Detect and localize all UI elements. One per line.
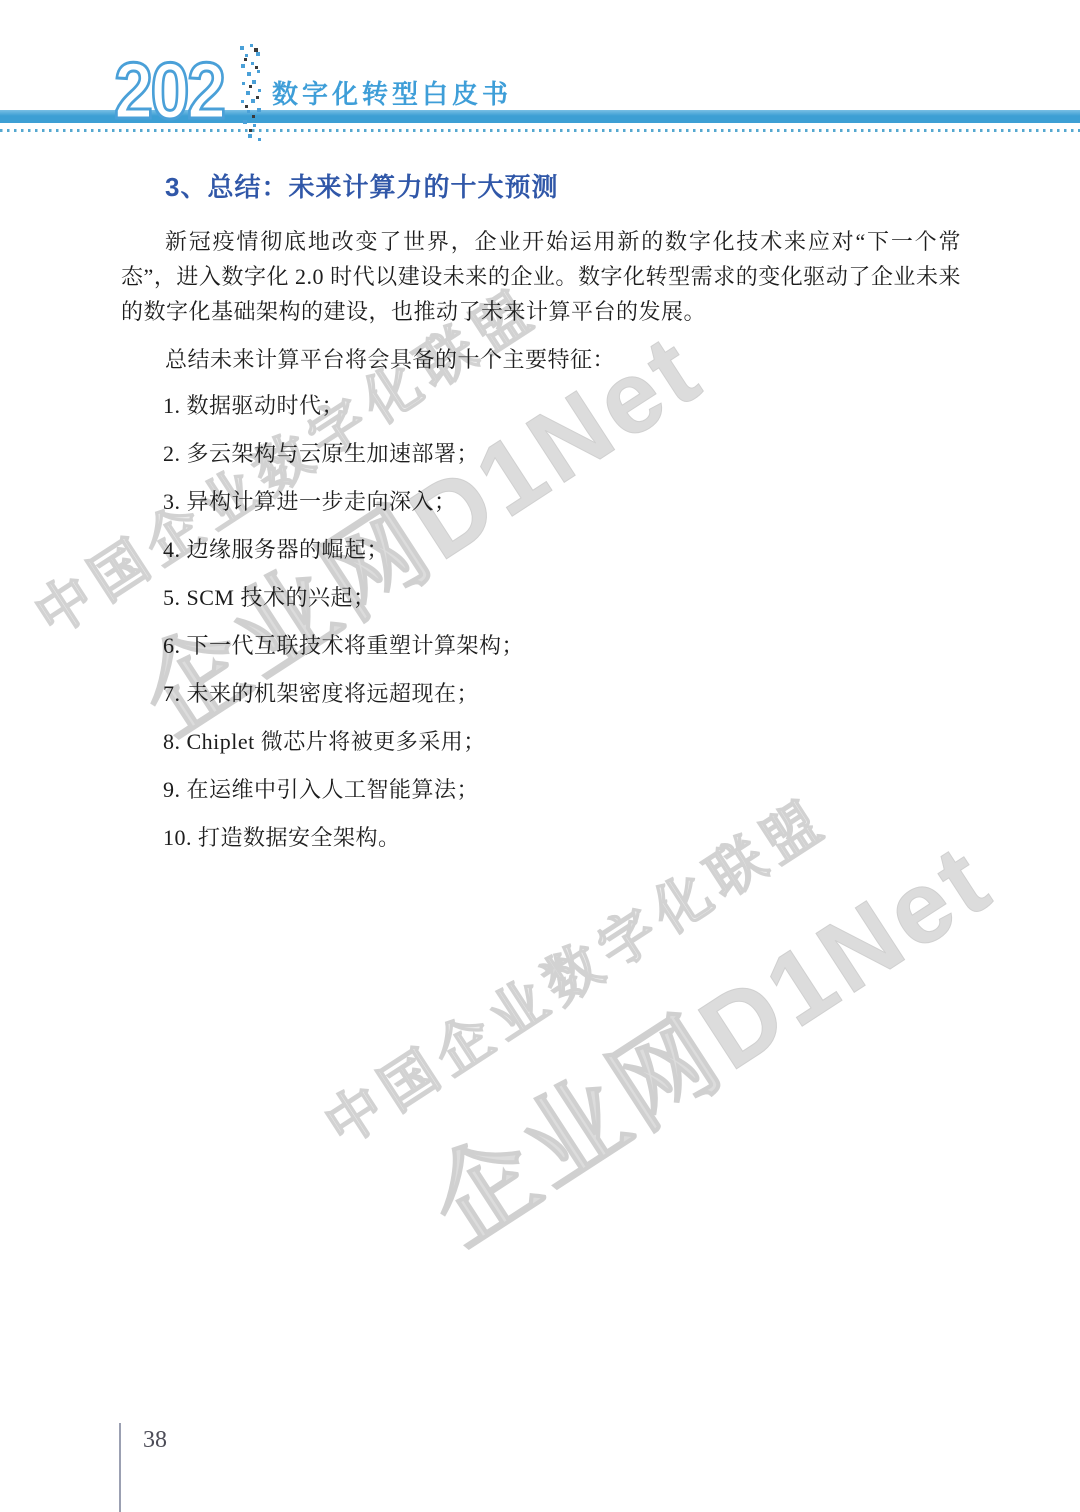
list-item: 4. 边缘服务器的崛起； [163, 535, 961, 565]
list-item: 8. Chiplet 微芯片将被更多采用； [163, 727, 961, 757]
page-content: 3、总结：未来计算力的十大预测 新冠疫情彻底地改变了世界，企业开始运用新的数字化… [121, 171, 961, 871]
pixel-digit-one-icon [236, 44, 266, 149]
watermark-d1net-logo: 企业网D1Net [398, 801, 1015, 1272]
logo-2021: 202 [114, 44, 266, 127]
document-page: 中国企业数字化联盟 企业网D1Net 中国企业数字化联盟 企业网D1Net 20… [0, 0, 1080, 1512]
list-item: 6. 下一代互联技术将重塑计算架构； [163, 631, 961, 661]
section-heading: 3、总结：未来计算力的十大预测 [165, 171, 961, 203]
list-item: 10. 打造数据安全架构。 [163, 823, 961, 853]
body-paragraph: 新冠疫情彻底地改变了世界，企业开始运用新的数字化技术来应对“下一个常态”，进入数… [121, 224, 961, 329]
logo-year-outline-digits: 202 [114, 55, 224, 127]
page-number: 38 [143, 1427, 167, 1454]
list-item: 1. 数据驱动时代； [163, 391, 961, 421]
whitepaper-title: 数字化转型白皮书 [272, 74, 512, 111]
list-item: 9. 在运维中引入人工智能算法； [163, 775, 961, 805]
list-item: 3. 异构计算进一步走向深入； [163, 487, 961, 517]
prediction-list: 1. 数据驱动时代； 2. 多云架构与云原生加速部署； 3. 异构计算进一步走向… [121, 391, 961, 853]
list-item: 2. 多云架构与云原生加速部署； [163, 439, 961, 469]
footer-vertical-rule [119, 1423, 121, 1512]
list-item: 5. SCM 技术的兴起； [163, 583, 961, 613]
body-paragraph: 总结未来计算平台将会具备的十个主要特征： [121, 342, 961, 377]
list-item: 7. 未来的机架密度将远超现在； [163, 679, 961, 709]
